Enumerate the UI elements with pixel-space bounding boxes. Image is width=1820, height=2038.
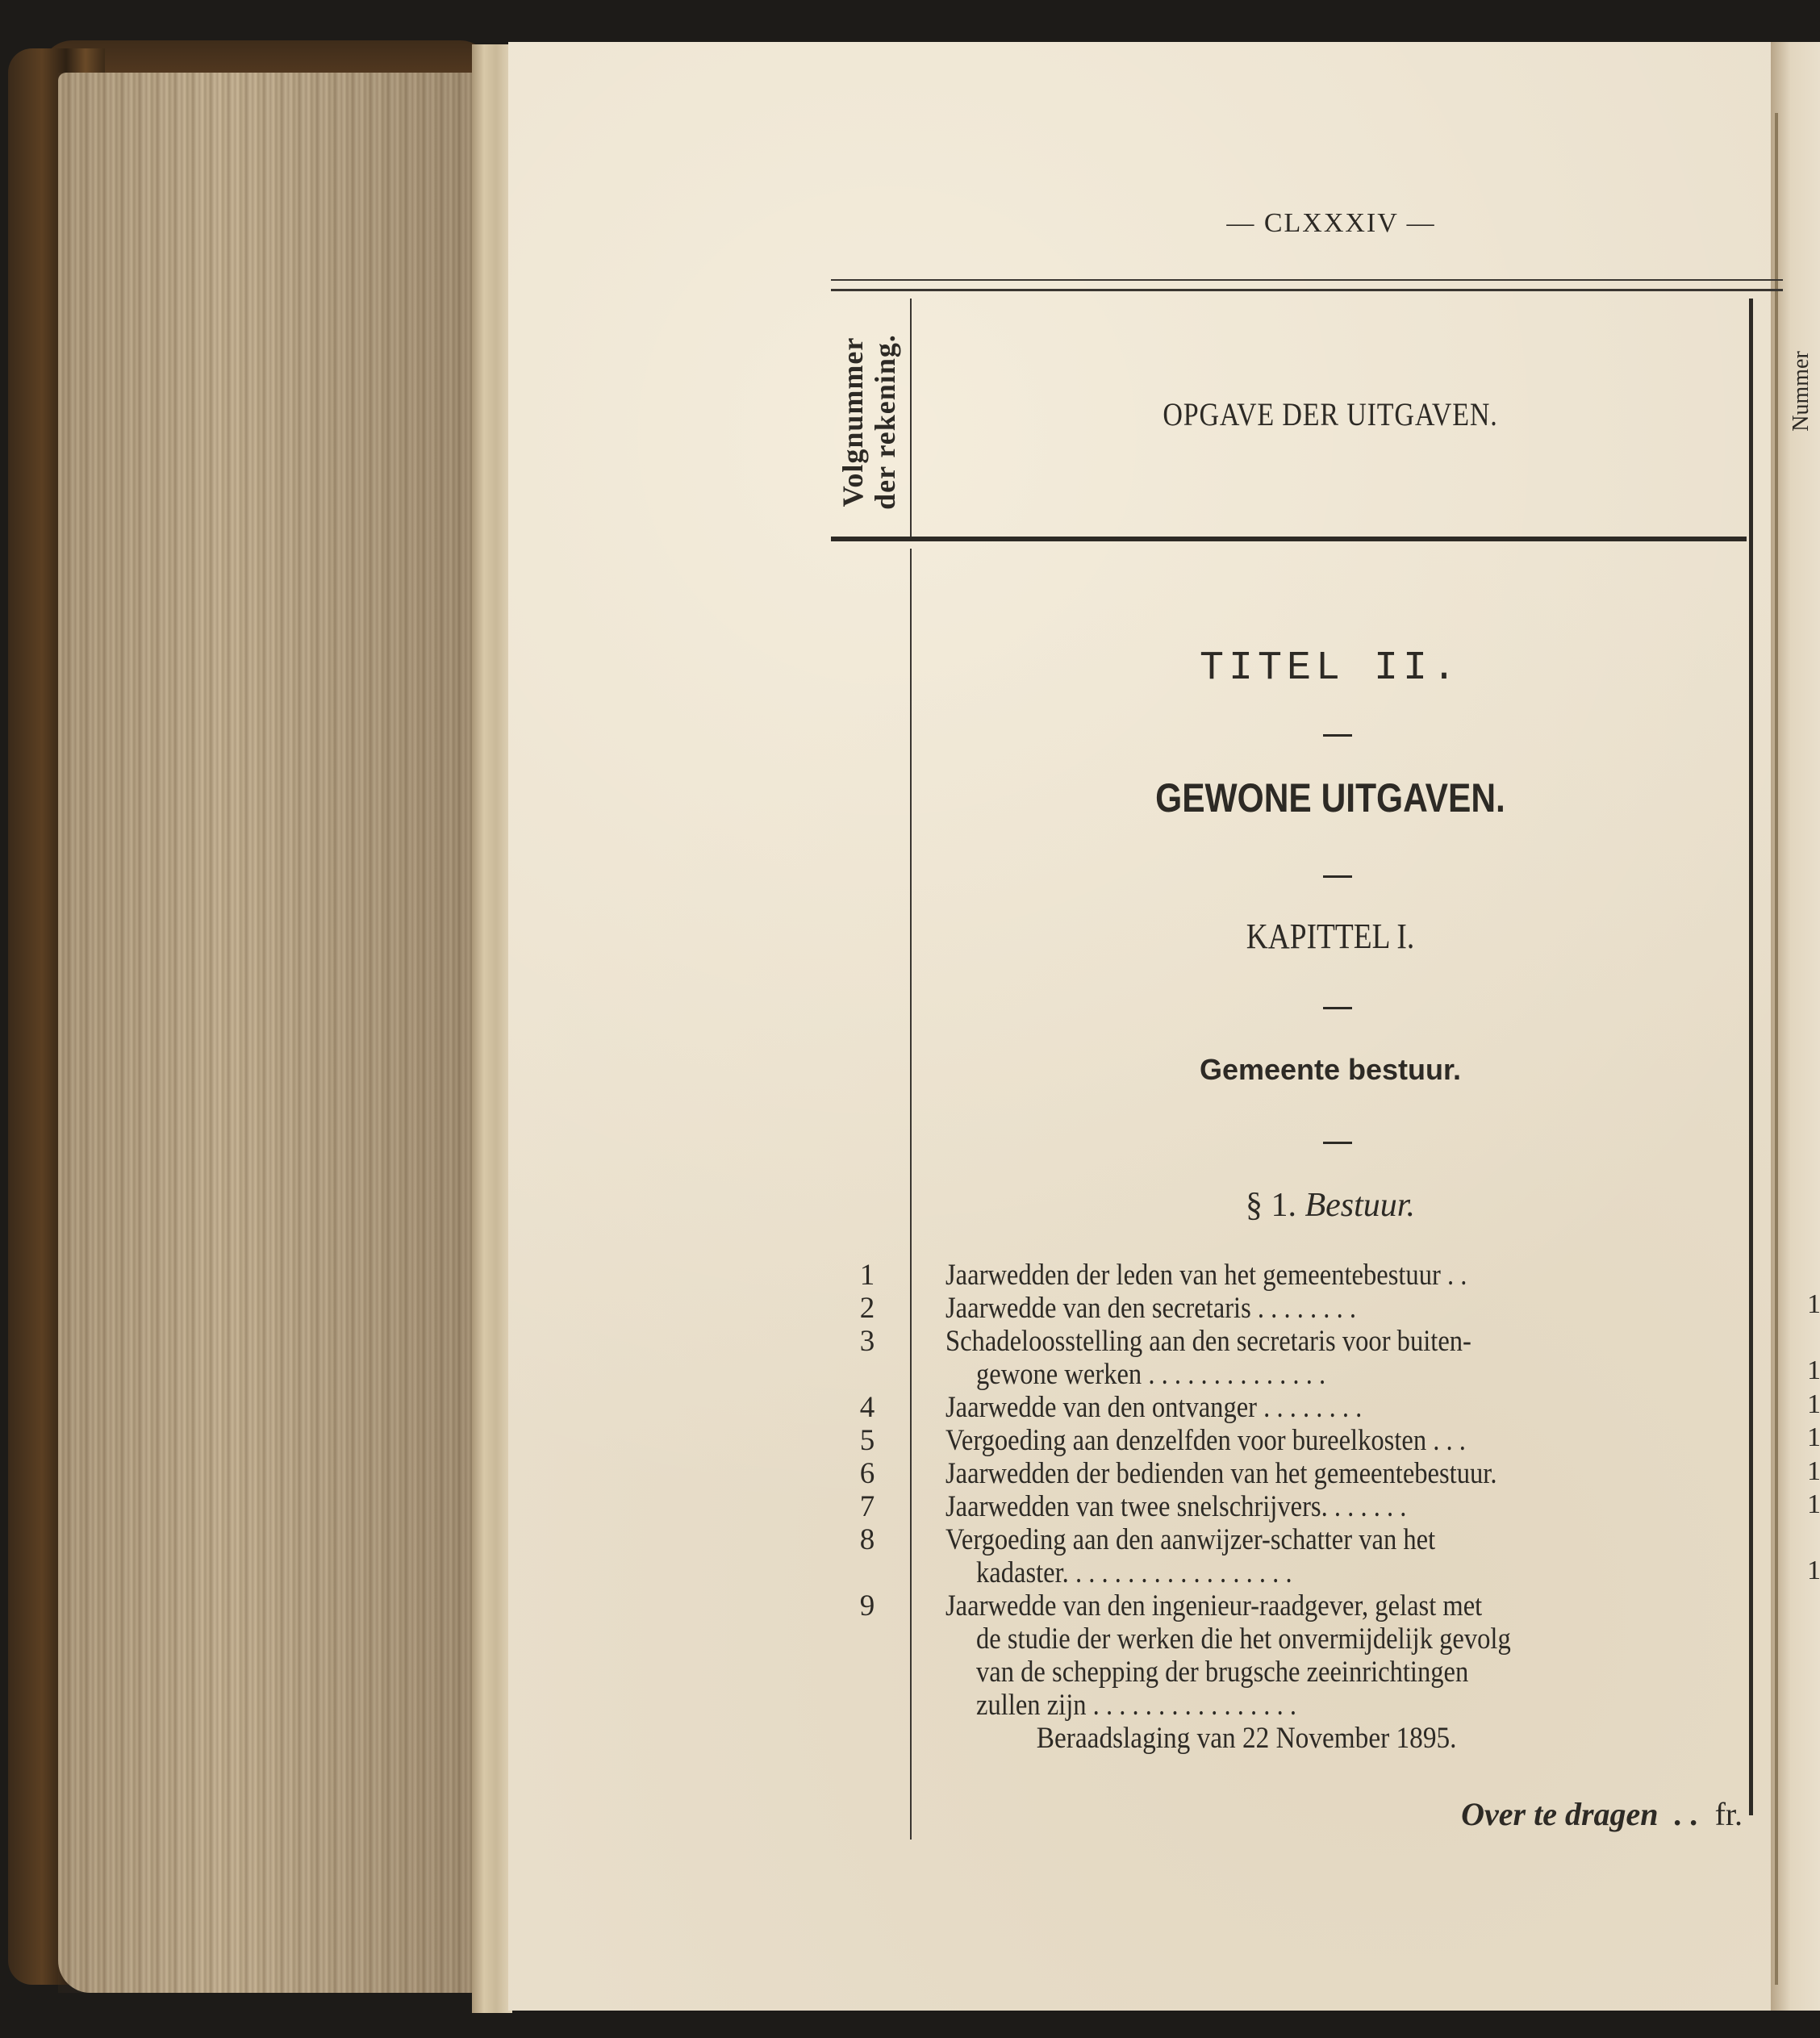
facing-page-digit: 1 [1807, 1389, 1820, 1420]
facing-page-label-text: Nummer [1789, 351, 1814, 432]
item-text: Jaarwedde van den ingenieur-raadgever, g… [945, 1589, 1755, 1622]
page-gutter [472, 44, 512, 2013]
facing-page-digit: 1 [1807, 1289, 1820, 1320]
facing-page-column-label: Nummer [1789, 339, 1814, 444]
header-rule [831, 279, 1783, 281]
item-text: Jaarwedde van den secretaris . . . . . .… [945, 1292, 1755, 1325]
list-item: 5Vergoeding aan denzelfden voor bureelko… [839, 1424, 1726, 1457]
item-text: gewone werken . . . . . . . . . . . . . … [976, 1358, 1757, 1391]
list-item: 2Jaarwedde van den secretaris . . . . . … [839, 1292, 1726, 1325]
carry-over-line: Over te dragen . . fr. [1339, 1795, 1743, 1833]
carry-over-dots: . . [1675, 1796, 1699, 1832]
item-text: Schadeloosstelling aan den secretaris vo… [945, 1325, 1755, 1358]
header-rule [831, 289, 1783, 291]
list-item: 6Jaarwedden der bedienden van het gemeen… [839, 1457, 1726, 1490]
currency-unit: fr. [1715, 1796, 1743, 1832]
list-item-continuation: zullen zijn . . . . . . . . . . . . . . … [839, 1689, 1726, 1722]
section-heading: GEWONE UITGAVEN. [975, 775, 1686, 821]
list-item: 4Jaarwedde van den ontvanger . . . . . .… [839, 1391, 1726, 1424]
expense-list: 1Jaarwedden der leden van het gemeentebe… [839, 1259, 1726, 1755]
list-item-continuation: van de schepping der brugsche zeeinricht… [839, 1656, 1726, 1689]
paragraph-heading: § 1. Bestuur. [912, 1186, 1749, 1225]
separator-dash [1323, 1007, 1352, 1009]
item-text: Vergoeding aan denzelfden voor bureelkos… [945, 1424, 1755, 1457]
column-header-line: der rekening. [869, 334, 901, 510]
list-item-continuation: gewone werken . . . . . . . . . . . . . … [839, 1358, 1726, 1391]
facing-page-digit: 1 [1807, 1489, 1820, 1520]
page-edges [58, 73, 478, 1993]
deliberation-note: Beraadslaging van 22 November 1895. [839, 1722, 1638, 1755]
title-heading: TITEL II. [912, 645, 1749, 691]
carry-over-label: Over te dragen [1461, 1796, 1658, 1832]
item-text: kadaster. . . . . . . . . . . . . . . . … [976, 1556, 1757, 1589]
item-number: 6 [839, 1457, 895, 1490]
list-item: 9Jaarwedde van den ingenieur-raadgever, … [839, 1589, 1726, 1622]
item-number: 8 [839, 1523, 895, 1556]
table-header-title: OPGAVE DER UITGAVEN. [975, 395, 1686, 433]
separator-dash [1323, 734, 1352, 737]
list-item-continuation: de studie der werken die het onvermijdel… [839, 1622, 1726, 1656]
separator-dash [1323, 1142, 1352, 1144]
item-number: 4 [839, 1391, 895, 1424]
item-text: Vergoeding aan den aanwijzer-schatter va… [945, 1523, 1755, 1556]
column-header-number: Volgnummer der rekening. [824, 307, 913, 537]
facing-page-digit: 1 [1807, 1556, 1820, 1586]
item-text: de studie der werken die het onvermijdel… [976, 1622, 1757, 1656]
item-text: zullen zijn . . . . . . . . . . . . . . … [976, 1689, 1757, 1722]
list-item: 1Jaarwedden der leden van het gemeentebe… [839, 1259, 1726, 1292]
list-item: 8Vergoeding aan den aanwijzer-schatter v… [839, 1523, 1726, 1556]
item-number: 9 [839, 1589, 895, 1622]
list-item: 3Schadeloosstelling aan den secretaris v… [839, 1325, 1726, 1358]
item-text: Jaarwedde van den ontvanger . . . . . . … [945, 1391, 1755, 1424]
list-item: 7Jaarwedden van twee snelschrijvers. . .… [839, 1490, 1726, 1523]
item-number: 3 [839, 1325, 895, 1358]
paragraph-name: Bestuur. [1305, 1187, 1416, 1224]
column-header-line: Volgnummer [837, 334, 869, 510]
subsection-heading: Gemeente bestuur. [912, 1053, 1749, 1087]
chapter-heading: KAPITTEL I. [975, 916, 1686, 957]
header-bottom-rule [831, 537, 1747, 541]
list-item-continuation: kadaster. . . . . . . . . . . . . . . . … [839, 1556, 1726, 1589]
paragraph-sign: § 1. [1246, 1187, 1296, 1224]
facing-page-digit: 1 [1807, 1422, 1820, 1453]
item-text: Jaarwedden der leden van het gemeentebes… [945, 1259, 1755, 1292]
item-text: van de schepping der brugsche zeeinricht… [976, 1656, 1757, 1689]
item-number: 2 [839, 1292, 895, 1325]
facing-page-digit: 1 [1807, 1355, 1820, 1386]
page-fold-line [1775, 113, 1778, 1985]
facing-page-edge [1771, 42, 1820, 2011]
item-number: 1 [839, 1259, 895, 1292]
separator-dash [1323, 875, 1352, 878]
facing-page-digit: 1 [1807, 1456, 1820, 1487]
item-number: 5 [839, 1424, 895, 1457]
item-text: Jaarwedden der bedienden van het gemeent… [945, 1457, 1755, 1490]
page-number: — CLXXXIV — [1210, 208, 1452, 239]
item-number: 7 [839, 1490, 895, 1523]
item-text: Jaarwedden van twee snelschrijvers. . . … [945, 1490, 1755, 1523]
